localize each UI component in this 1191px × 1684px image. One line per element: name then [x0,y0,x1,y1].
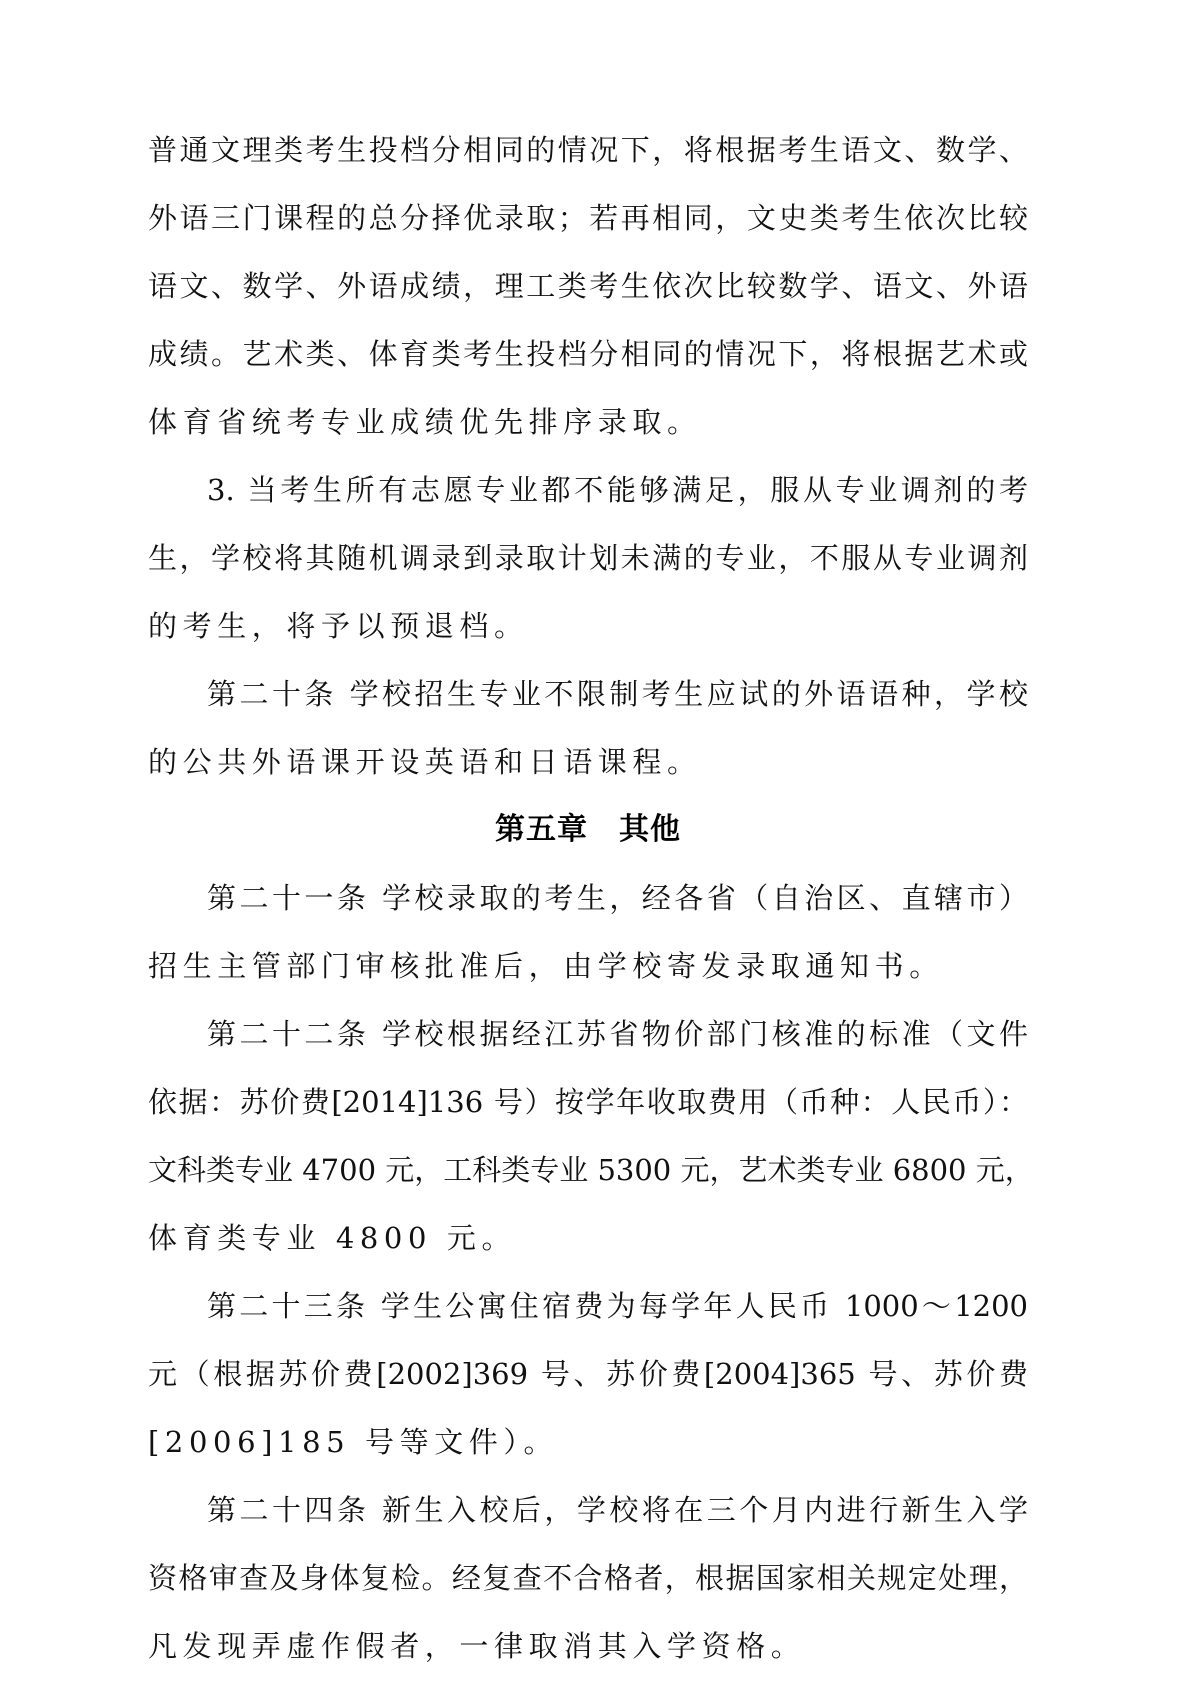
text-line: 3. 当考生所有志愿专业都不能够满足，服从专业调剂的考 [207,470,1028,510]
text-line: 语文、数学、外语成绩，理工类考生依次比较数学、语文、外语 [148,266,1028,306]
text-line: 第二十一条 学校录取的考生，经各省（自治区、直辖市） [207,878,1028,918]
text-line: 元（根据苏价费[2002]369 号、苏价费[2004]365 号、苏价费 [148,1354,1028,1394]
text-line: 普通文理类考生投档分相同的情况下，将根据考生语文、数学、 [148,130,1028,170]
text-line: 第二十条 学校招生专业不限制考生应试的外语语种，学校 [207,674,1028,714]
text-line: 第二十四条 新生入校后，学校将在三个月内进行新生入学 [207,1490,1028,1530]
text-line: 资格审查及身体复检。经复查不合格者，根据国家相关规定处理， [148,1558,1028,1598]
text-line: 外语三门课程的总分择优录取；若再相同，文史类考生依次比较 [148,198,1028,238]
text-line: 体育省统考专业成绩优先排序录取。 [148,402,702,442]
text-line: 的考生，将予以预退档。 [148,606,529,646]
text-line: 第二十三条 学生公寓住宿费为每学年人民币 1000～1200 [207,1286,1028,1326]
text-line: 招生主管部门审核批准后，由学校寄发录取通知书。 [148,946,944,986]
text-line: 的公共外语课开设英语和日语课程。 [148,742,702,782]
text-line: [2006]185 号等文件）。 [148,1422,558,1462]
text-line: 文科类专业 4700 元，工科类专业 5300 元，艺术类专业 6800 元， [148,1150,1028,1190]
text-line: 生，学校将其随机调录到录取计划未满的专业，不服从专业调剂 [148,538,1028,578]
text-line: 凡发现弄虚作假者，一律取消其入学资格。 [148,1626,805,1666]
text-line: 第二十二条 学校根据经江苏省物价部门核准的标准（文件 [207,1014,1028,1054]
chapter-heading: 第五章 其他 [148,810,1028,850]
text-line: 成绩。艺术类、体育类考生投档分相同的情况下，将根据艺术或 [148,334,1028,374]
text-line: 体育类专业 4800 元。 [148,1218,516,1258]
text-line: 依据：苏价费[2014]136 号）按学年收取费用（币种：人民币）： [148,1082,1028,1122]
